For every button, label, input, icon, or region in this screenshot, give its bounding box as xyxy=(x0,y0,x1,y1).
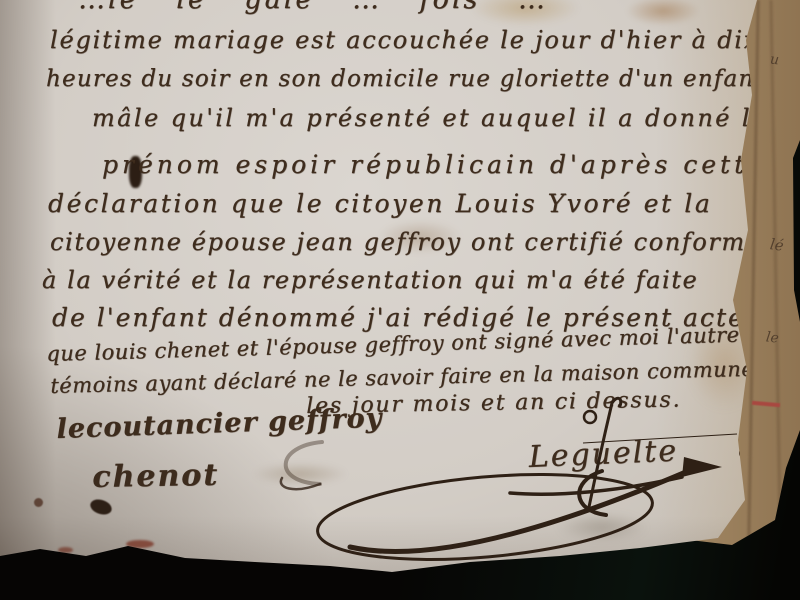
ink-speck xyxy=(34,498,43,507)
manuscript-line-6: citoyenne épouse jean geffroy ont certif… xyxy=(50,228,762,256)
manuscript-line-0: …le le gale … fois … xyxy=(78,0,548,15)
manuscript-page: …le le gale … fois … légitime mariage es… xyxy=(0,0,800,600)
signature-paraph xyxy=(290,395,800,590)
signature-witness: chenot xyxy=(92,458,219,495)
manuscript-line-5: déclaration que le citoyen Louis Yvoré e… xyxy=(48,189,712,218)
manuscript-line-2: heures du soir en son domicile rue glori… xyxy=(46,66,765,92)
manuscript-line-4: prénom espoir républicain d'après cette xyxy=(102,150,767,179)
red-speck xyxy=(58,547,73,553)
verso-text-fragment: u xyxy=(769,52,780,69)
page-edge-crease xyxy=(769,0,781,520)
verso-text-fragment: lé xyxy=(769,235,785,255)
manuscript-line-3: mâle qu'il m'a présenté et auquel il a d… xyxy=(92,104,768,132)
manuscript-line-7: à la vérité et la représentation qui m'a… xyxy=(42,266,698,294)
red-speck xyxy=(126,540,154,548)
photograph-of-manuscript: u lé le …le le gale … fois … légitime ma… xyxy=(0,0,800,600)
verso-text-fragment: le xyxy=(765,329,780,346)
manuscript-line-1: légitime mariage est accouchée le jour d… xyxy=(50,26,759,54)
ink-stain xyxy=(626,0,700,26)
ink-blot xyxy=(88,497,113,517)
